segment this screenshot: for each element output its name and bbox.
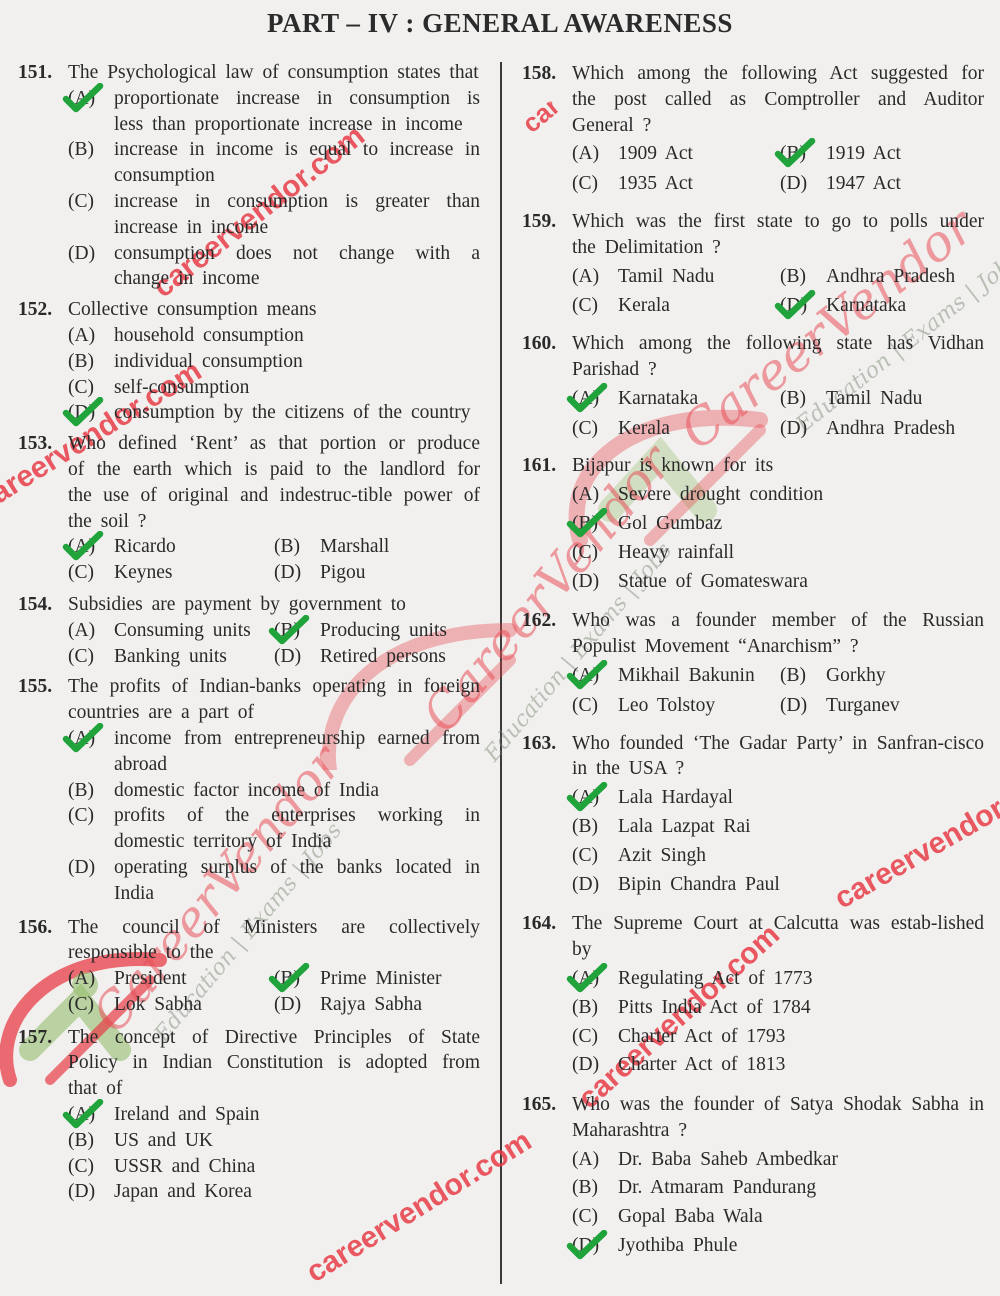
question-number: 158.	[522, 61, 570, 87]
option-text: Retired persons	[320, 644, 480, 670]
option-c[interactable]: (C) Lok Sabha	[68, 992, 274, 1018]
question-text: Which among the following Act suggested …	[572, 61, 984, 138]
option-a[interactable]: (A) Ireland and Spain	[68, 1102, 480, 1128]
option-d[interactable]: (D) Karnataka	[780, 293, 984, 319]
option-a[interactable]: (A) household consumption	[68, 323, 480, 349]
option-text: US and UK	[114, 1128, 480, 1154]
option-text: Tamil Nadu	[826, 386, 984, 412]
option-letter: (C)	[572, 416, 618, 442]
option-a[interactable]: (A) Karnataka	[572, 386, 780, 412]
option-letter: (C)	[572, 171, 618, 197]
question-text: Bijapur is known for its	[572, 453, 984, 479]
option-text: Karnataka	[826, 293, 984, 319]
option-a[interactable]: (A) Mikhail Bakunin	[572, 663, 780, 689]
option-text: household consumption	[114, 323, 480, 349]
option-text: 1909 Act	[618, 141, 780, 167]
question-number: 165.	[522, 1092, 570, 1118]
question-text: The Psychological law of consumption sta…	[68, 60, 480, 86]
option-text: increase in consumption is greater than …	[114, 189, 480, 241]
option-text: profits of the enterprises working in do…	[114, 803, 480, 855]
option-text: Dr. Atmaram Pandurang	[618, 1175, 984, 1201]
option-b[interactable]: (B) Lala Lazpat Rai	[572, 814, 984, 840]
option-letter: (B)	[780, 141, 826, 167]
option-letter: (C)	[572, 843, 618, 869]
option-text: Lala Lazpat Rai	[618, 814, 984, 840]
option-a[interactable]: (A) Consuming units	[68, 618, 274, 644]
question-161: 161. Bijapur is known for its (A) Severe…	[522, 453, 984, 594]
right-column: 158. Which among the following Act sugge…	[522, 60, 984, 1259]
option-text: Statue of Gomateswara	[618, 569, 984, 595]
question-text: The profits of Indian-banks operating in…	[68, 674, 480, 726]
option-letter: (C)	[68, 644, 114, 670]
option-d[interactable]: (D) Japan and Korea	[68, 1179, 480, 1205]
question-text: Which was the first state to go to polls…	[572, 209, 984, 261]
question-156: 156. The council of Ministers are collec…	[18, 915, 480, 1018]
option-a[interactable]: (A) Ricardo	[68, 534, 274, 560]
option-letter: (D)	[68, 400, 114, 426]
option-b[interactable]: (B) Marshall	[274, 534, 480, 560]
question-number: 160.	[522, 331, 570, 357]
option-letter: (C)	[68, 375, 114, 401]
option-a[interactable]: (A) Tamil Nadu	[572, 264, 780, 290]
question-text: The concept of Directive Principles of S…	[68, 1025, 480, 1102]
option-c[interactable]: (C) profits of the enterprises working i…	[68, 803, 480, 855]
option-letter: (C)	[572, 693, 618, 719]
question-number: 157.	[18, 1025, 66, 1051]
option-text: Marshall	[320, 534, 480, 560]
option-letter: (D)	[572, 872, 618, 898]
option-letter: (A)	[572, 785, 618, 811]
option-letter: (A)	[68, 1102, 114, 1128]
option-letter: (D)	[274, 644, 320, 670]
option-c[interactable]: (C) increase in consumption is greater t…	[68, 189, 480, 241]
question-number: 159.	[522, 209, 570, 235]
option-c[interactable]: (C) Kerala	[572, 293, 780, 319]
option-letter: (C)	[572, 293, 618, 319]
option-letter: (D)	[68, 241, 114, 293]
option-text: Gol Gumbaz	[618, 511, 984, 537]
option-text: Tamil Nadu	[618, 264, 780, 290]
option-letter: (B)	[780, 663, 826, 689]
question-158: 158. Which among the following Act sugge…	[522, 61, 984, 197]
question-160: 160. Which among the following state has…	[522, 331, 984, 441]
option-letter: (B)	[68, 137, 114, 189]
option-c[interactable]: (C) Keynes	[68, 560, 274, 586]
option-a[interactable]: (A) income from entrepreneurship earned …	[68, 726, 480, 778]
question-162: 162. Who was a founder member of the Rus…	[522, 608, 984, 718]
option-c[interactable]: (C) Kerala	[572, 416, 780, 442]
option-a[interactable]: (A) Severe drought condition	[572, 482, 984, 508]
option-letter: (A)	[572, 264, 618, 290]
option-b[interactable]: (B) domestic factor income of India	[68, 778, 480, 804]
option-b[interactable]: (B) Gorkhy	[780, 663, 984, 689]
option-letter: (D)	[274, 560, 320, 586]
question-number: 154.	[18, 592, 66, 618]
option-c[interactable]: (C) Charter Act of 1793	[572, 1024, 984, 1050]
option-letter: (A)	[68, 86, 114, 138]
option-text: Banking units	[114, 644, 274, 670]
question-text: Which among the following state has Vidh…	[572, 331, 984, 383]
option-b[interactable]: (B) increase in income is equal to incre…	[68, 137, 480, 189]
column-divider	[500, 62, 502, 1284]
option-letter: (C)	[68, 992, 114, 1018]
question-text: The Supreme Court at Calcutta was estab-…	[572, 911, 984, 963]
option-text: Karnataka	[618, 386, 780, 412]
option-d[interactable]: (D) Jyothiba Phule	[572, 1233, 984, 1259]
option-a[interactable]: (A) Dr. Baba Saheb Ambedkar	[572, 1147, 984, 1173]
option-text: Turganev	[826, 693, 984, 719]
option-text: Andhra Pradesh	[826, 264, 984, 290]
option-c[interactable]: (C) Gopal Baba Wala	[572, 1204, 984, 1230]
question-number: 153.	[18, 431, 66, 457]
option-text: Consuming units	[114, 618, 274, 644]
question-157: 157. The concept of Directive Principles…	[18, 1025, 480, 1206]
question-text: The council of Ministers are collectivel…	[68, 915, 480, 967]
option-text: domestic factor income of India	[114, 778, 480, 804]
option-letter: (B)	[68, 349, 114, 375]
option-text: USSR and China	[114, 1154, 480, 1180]
option-text: Kerala	[618, 293, 780, 319]
option-b[interactable]: (B) Prime Minister	[274, 966, 480, 992]
option-text: Gopal Baba Wala	[618, 1204, 984, 1230]
option-letter: (B)	[68, 778, 114, 804]
option-text: Prime Minister	[320, 966, 480, 992]
option-c[interactable]: (C) 1935 Act	[572, 171, 780, 197]
option-a[interactable]: (A) 1909 Act	[572, 141, 780, 167]
option-d[interactable]: (D) Statue of Gomateswara	[572, 569, 984, 595]
option-c[interactable]: (C) Azit Singh	[572, 843, 984, 869]
option-letter: (D)	[572, 569, 618, 595]
option-text: Kerala	[618, 416, 780, 442]
option-letter: (C)	[572, 1204, 618, 1230]
question-151: 151. The Psychological law of consumptio…	[18, 60, 480, 292]
option-text: Lok Sabha	[114, 992, 274, 1018]
option-letter: (B)	[274, 618, 320, 644]
question-text: Who defined ‘Rent’ as that portion or pr…	[68, 431, 480, 534]
option-text: Lala Hardayal	[618, 785, 984, 811]
option-letter: (B)	[572, 814, 618, 840]
option-letter: (A)	[572, 386, 618, 412]
option-letter: (C)	[68, 189, 114, 241]
option-letter: (D)	[274, 992, 320, 1018]
option-d[interactable]: (D) Andhra Pradesh	[780, 416, 984, 442]
option-c[interactable]: (C) Banking units	[68, 644, 274, 670]
option-letter: (D)	[68, 855, 114, 907]
option-letter: (A)	[68, 534, 114, 560]
option-letter: (B)	[780, 264, 826, 290]
option-text: Gorkhy	[826, 663, 984, 689]
option-c[interactable]: (C) Heavy rainfall	[572, 540, 984, 566]
question-number: 161.	[522, 453, 570, 479]
option-letter: (B)	[780, 386, 826, 412]
option-letter: (C)	[572, 1024, 618, 1050]
question-number: 162.	[522, 608, 570, 634]
option-letter: (B)	[572, 1175, 618, 1201]
option-text: Charter Act of 1813	[618, 1052, 984, 1078]
option-c[interactable]: (C) Leo Tolstoy	[572, 693, 780, 719]
question-154: 154. Subsidies are payment by government…	[18, 592, 480, 669]
option-letter: (B)	[572, 995, 618, 1021]
option-letter: (A)	[572, 663, 618, 689]
option-text: Mikhail Bakunin	[618, 663, 780, 689]
option-letter: (B)	[68, 1128, 114, 1154]
option-letter: (D)	[780, 416, 826, 442]
option-text: Charter Act of 1793	[618, 1024, 984, 1050]
option-text: Keynes	[114, 560, 274, 586]
option-text: increase in income is equal to increase …	[114, 137, 480, 189]
option-text: individual consumption	[114, 349, 480, 375]
option-b[interactable]: (B) Tamil Nadu	[780, 386, 984, 412]
option-text: 1947 Act	[826, 171, 984, 197]
option-d[interactable]: (D) Bipin Chandra Paul	[572, 872, 984, 898]
option-c[interactable]: (C) self-consumption	[68, 375, 480, 401]
option-a[interactable]: (A) proportionate increase in consumptio…	[68, 86, 480, 138]
option-d[interactable]: (D) Pigou	[274, 560, 480, 586]
option-letter: (C)	[68, 560, 114, 586]
question-number: 163.	[522, 731, 570, 757]
question-155: 155. The profits of Indian-banks operati…	[18, 674, 480, 906]
option-text: Ricardo	[114, 534, 274, 560]
option-letter: (A)	[68, 726, 114, 778]
option-text: Jyothiba Phule	[618, 1233, 984, 1259]
option-text: Regulating Act of 1773	[618, 966, 984, 992]
option-letter: (D)	[780, 693, 826, 719]
option-letter: (A)	[68, 966, 114, 992]
option-text: Leo Tolstoy	[618, 693, 780, 719]
option-b[interactable]: (B) Producing units	[274, 618, 480, 644]
option-text: Pitts India Act of 1784	[618, 995, 984, 1021]
option-letter: (A)	[68, 618, 114, 644]
option-b[interactable]: (B) individual consumption	[68, 349, 480, 375]
option-letter: (A)	[68, 323, 114, 349]
option-b[interactable]: (B) 1919 Act	[780, 141, 984, 167]
option-letter: (D)	[68, 1179, 114, 1205]
option-text: Severe drought condition	[618, 482, 984, 508]
option-text: Producing units	[320, 618, 480, 644]
option-b[interactable]: (B) Andhra Pradesh	[780, 264, 984, 290]
page-title: PART – IV : GENERAL AWARENESS	[0, 8, 1000, 39]
option-text: Ireland and Spain	[114, 1102, 480, 1128]
option-d[interactable]: (D) consumption does not change with a c…	[68, 241, 480, 293]
left-column: 151. The Psychological law of consumptio…	[18, 60, 480, 1205]
option-text: consumption by the citizens of the count…	[114, 400, 480, 426]
question-153: 153. Who defined ‘Rent’ as that portion …	[18, 431, 480, 586]
option-letter: (B)	[274, 534, 320, 560]
option-d[interactable]: (D) Charter Act of 1813	[572, 1052, 984, 1078]
question-text: Subsidies are payment by government to	[68, 592, 480, 618]
option-text: Japan and Korea	[114, 1179, 480, 1205]
question-165: 165. Who was the founder of Satya Shodak…	[522, 1092, 984, 1259]
option-text: operating surplus of the banks located i…	[114, 855, 480, 907]
option-text: Andhra Pradesh	[826, 416, 984, 442]
option-letter: (D)	[780, 171, 826, 197]
option-letter: (A)	[572, 482, 618, 508]
option-text: Azit Singh	[618, 843, 984, 869]
option-letter: (D)	[572, 1052, 618, 1078]
option-b[interactable]: (B) Dr. Atmaram Pandurang	[572, 1175, 984, 1201]
option-d[interactable]: (D) operating surplus of the banks locat…	[68, 855, 480, 907]
option-letter: (C)	[68, 803, 114, 855]
question-number: 164.	[522, 911, 570, 937]
option-d[interactable]: (D) Retired persons	[274, 644, 480, 670]
option-text: 1935 Act	[618, 171, 780, 197]
option-b[interactable]: (B) US and UK	[68, 1128, 480, 1154]
option-letter: (A)	[572, 1147, 618, 1173]
question-number: 155.	[18, 674, 66, 700]
option-letter: (B)	[274, 966, 320, 992]
option-text: 1919 Act	[826, 141, 984, 167]
option-letter: (B)	[572, 511, 618, 537]
question-number: 156.	[18, 915, 66, 941]
option-text: Bipin Chandra Paul	[618, 872, 984, 898]
option-letter: (D)	[780, 293, 826, 319]
option-text: proportionate increase in consumption is…	[114, 86, 480, 138]
question-159: 159. Which was the first state to go to …	[522, 209, 984, 319]
option-text: Rajya Sabha	[320, 992, 480, 1018]
option-d[interactable]: (D) Rajya Sabha	[274, 992, 480, 1018]
option-text: income from entrepreneurship earned from…	[114, 726, 480, 778]
option-text: President	[114, 966, 274, 992]
option-letter: (C)	[68, 1154, 114, 1180]
question-text: Who was a founder member of the Russian …	[572, 608, 984, 660]
option-b[interactable]: (B) Gol Gumbaz	[572, 511, 984, 537]
question-text: Who was the founder of Satya Shodak Sabh…	[572, 1092, 984, 1144]
option-text: Heavy rainfall	[618, 540, 984, 566]
option-text: consumption does not change with a chang…	[114, 241, 480, 293]
question-164: 164. The Supreme Court at Calcutta was e…	[522, 911, 984, 1078]
question-text: Collective consumption means	[68, 297, 480, 323]
option-d[interactable]: (D) Turganev	[780, 693, 984, 719]
option-d[interactable]: (D) consumption by the citizens of the c…	[68, 400, 480, 426]
exam-page: PART – IV : GENERAL AWARENESS careervend…	[0, 0, 1000, 1296]
option-a[interactable]: (A) President	[68, 966, 274, 992]
question-163: 163. Who founded ‘The Gadar Party’ in Sa…	[522, 731, 984, 898]
option-c[interactable]: (C) USSR and China	[68, 1154, 480, 1180]
option-letter: (A)	[572, 141, 618, 167]
question-number: 151.	[18, 60, 66, 86]
option-text: Pigou	[320, 560, 480, 586]
option-letter: (A)	[572, 966, 618, 992]
option-d[interactable]: (D) 1947 Act	[780, 171, 984, 197]
question-number: 152.	[18, 297, 66, 323]
question-152: 152. Collective consumption means (A) ho…	[18, 297, 480, 426]
option-text: Dr. Baba Saheb Ambedkar	[618, 1147, 984, 1173]
option-text: self-consumption	[114, 375, 480, 401]
question-text: Who founded ‘The Gadar Party’ in Sanfran…	[572, 731, 984, 783]
option-letter: (C)	[572, 540, 618, 566]
option-a[interactable]: (A) Regulating Act of 1773	[572, 966, 984, 992]
option-b[interactable]: (B) Pitts India Act of 1784	[572, 995, 984, 1021]
option-letter: (D)	[572, 1233, 618, 1259]
option-a[interactable]: (A) Lala Hardayal	[572, 785, 984, 811]
